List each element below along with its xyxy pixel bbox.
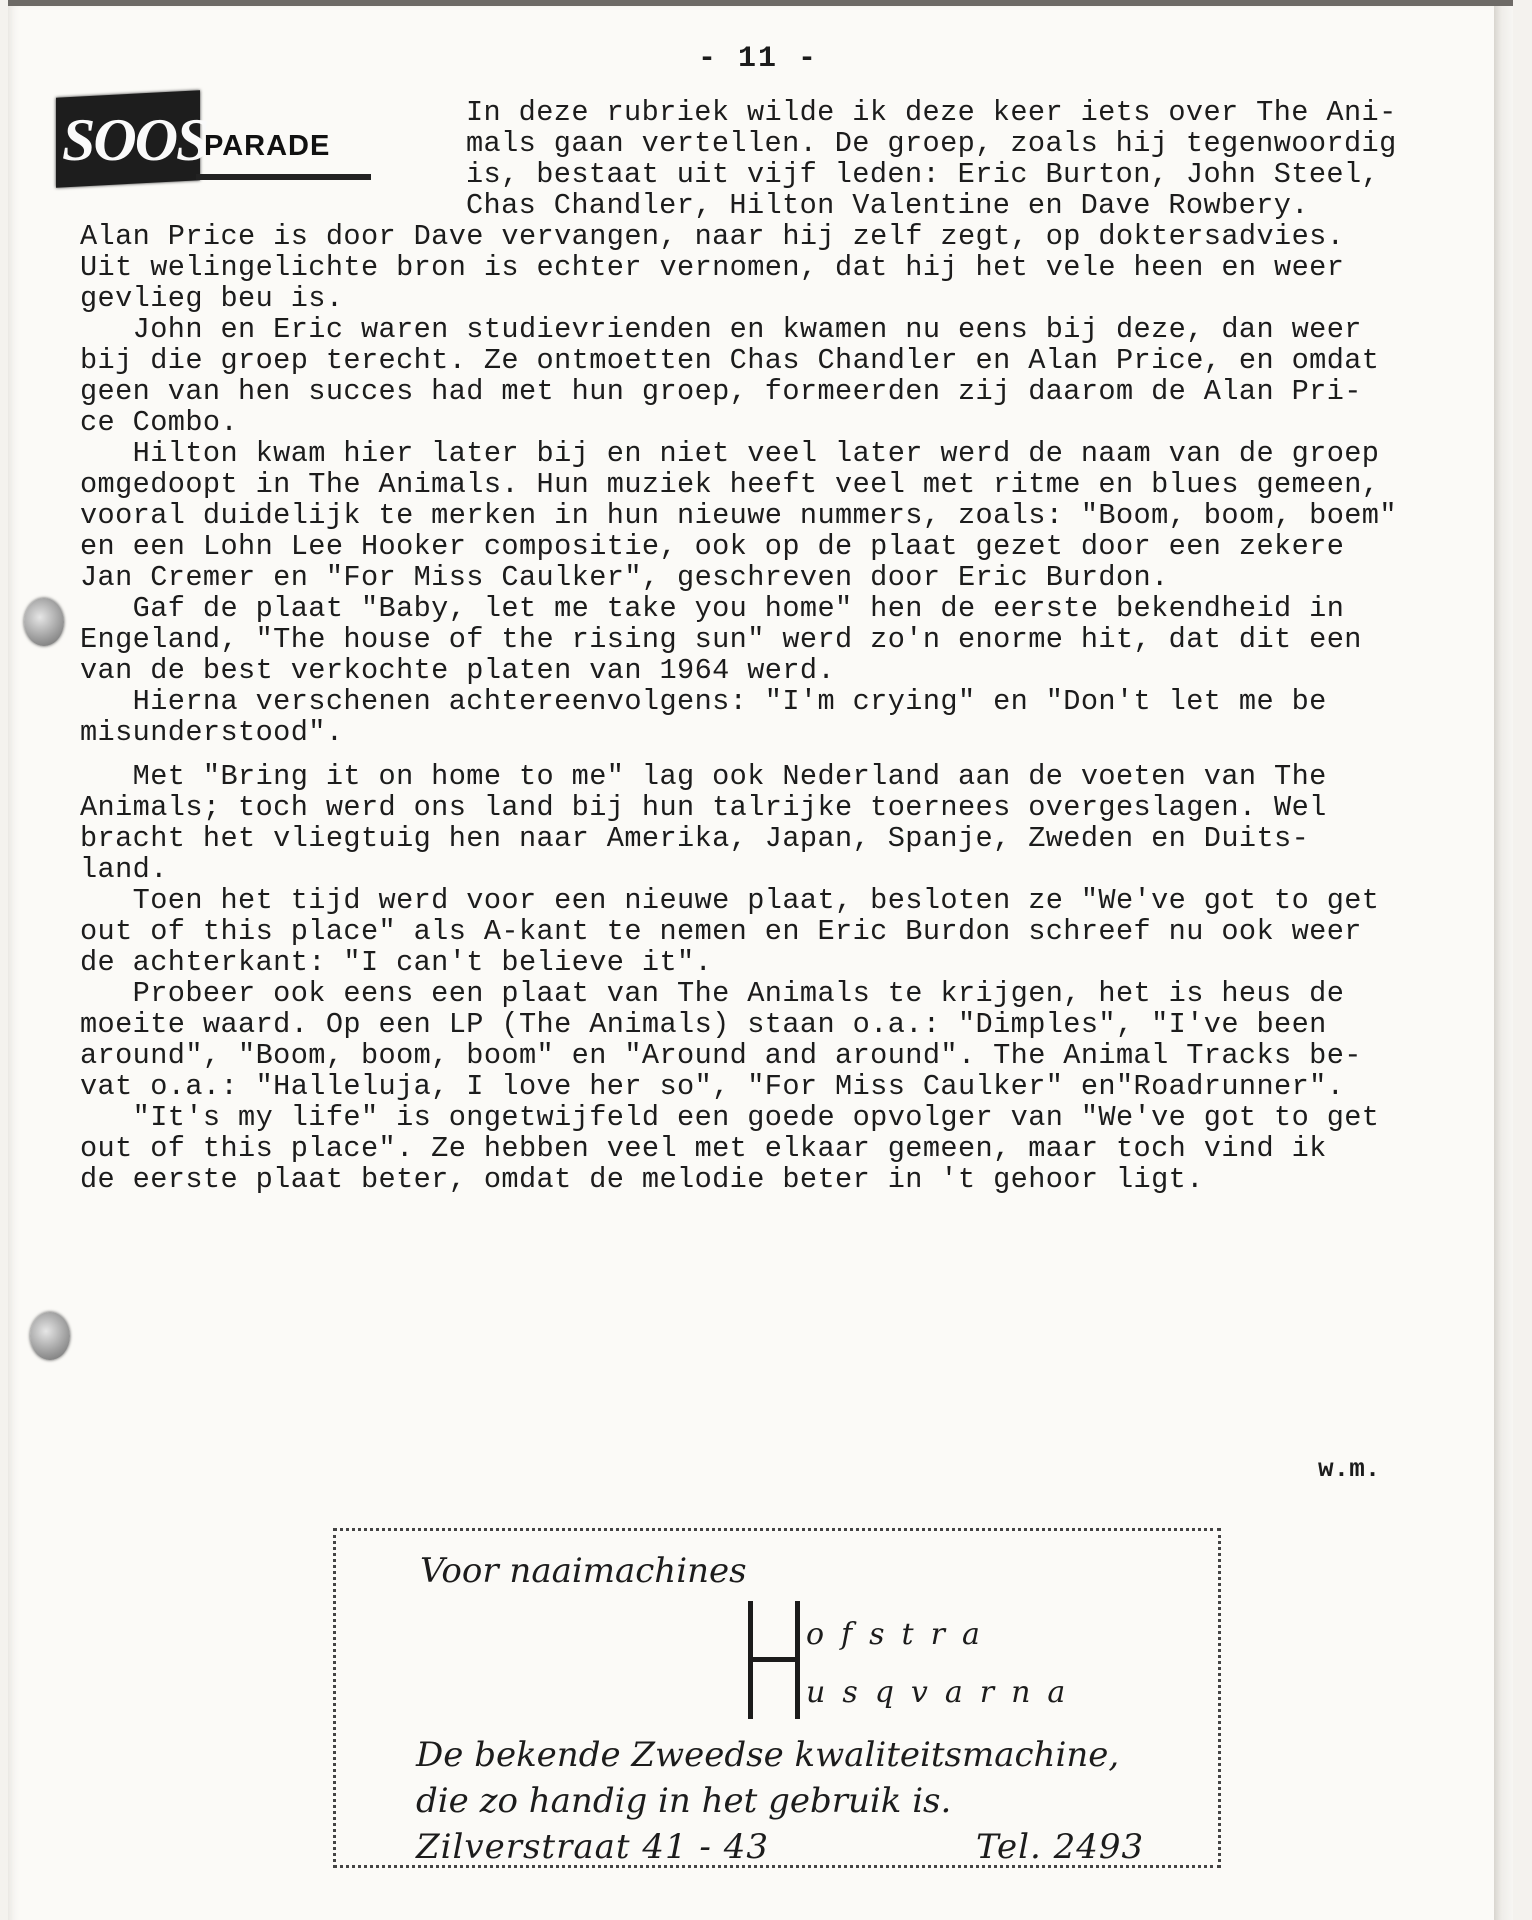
article-line: out of this place" als A-kant te nemen e…: [80, 915, 1362, 949]
ad-address: Zilverstraat 41 - 43: [416, 1827, 769, 1867]
page-edge-shadow: [1494, 6, 1513, 1920]
article-line: ce Combo.: [80, 406, 238, 440]
ad-brand-hofstra: ofstra: [806, 1617, 997, 1652]
punch-hole-icon: [24, 598, 64, 646]
article-line: Jan Cremer en "For Miss Caulker", geschr…: [80, 561, 1169, 595]
article-line: gevlieg beu is.: [80, 282, 343, 316]
article-line: en een Lohn Lee Hooker compositie, ook o…: [80, 530, 1344, 564]
article-line: geen van hen succes had met hun groep, f…: [80, 375, 1362, 409]
article-line: Met "Bring it on home to me" lag ook Ned…: [80, 760, 1327, 794]
page-number: - 11 -: [698, 42, 818, 76]
article-line: Engeland, "The house of the rising sun" …: [80, 623, 1362, 657]
author-signature: w.m.: [1318, 1454, 1380, 1484]
article-line: bij die groep terecht. Ze ontmoetten Cha…: [80, 344, 1379, 378]
article-line: van de best verkochte platen van 1964 we…: [80, 654, 835, 688]
sewing-machine-advertisement: Voor naaimachines ofstra usqvarna De bek…: [333, 1528, 1221, 1868]
logo-underline: [196, 174, 371, 180]
article-line: Hilton kwam hier later bij en niet veel …: [80, 437, 1379, 471]
article-line: Uit welingelichte bron is echter vernome…: [80, 251, 1344, 285]
ad-tagline: De bekende Zweedse kwaliteitsmachine,: [416, 1735, 1119, 1775]
article-line: de achterkant: "I can't believe it".: [80, 946, 712, 980]
ad-brand-initial-H: [748, 1601, 800, 1719]
ad-intro: Voor naaimachines: [420, 1551, 747, 1591]
logo-soos-text: SOOS: [62, 106, 207, 175]
article-line: Gaf de plaat "Baby, let me take you home…: [80, 592, 1344, 626]
article-line: land.: [80, 853, 168, 887]
soos-parade-logo: SOOS PARADE: [56, 94, 376, 189]
article-line: Hierna verschenen achtereenvolgens: "I'm…: [80, 685, 1327, 719]
article-line: bracht het vliegtuig hen naar Amerika, J…: [80, 822, 1309, 856]
article-line: "It's my life" is ongetwijfeld een goede…: [80, 1101, 1379, 1135]
article-line: Toen het tijd werd voor een nieuwe plaat…: [80, 884, 1379, 918]
ad-brand-husqvarna: usqvarna: [806, 1675, 1082, 1710]
article-line: moeite waard. Op een LP (The Animals) st…: [80, 1008, 1327, 1042]
article-line: around", "Boom, boom, boom" en "Around a…: [80, 1039, 1362, 1073]
article-line: Alan Price is door Dave vervangen, naar …: [80, 220, 1344, 254]
article-line: Chas Chandler, Hilton Valentine en Dave …: [466, 189, 1309, 223]
logo-parade-text: PARADE: [204, 130, 330, 163]
document-page: - 11 - SOOS PARADE In deze rubriek wilde…: [8, 0, 1513, 1920]
ad-phone: Tel. 2493: [976, 1827, 1144, 1867]
punch-hole-icon: [30, 1312, 70, 1360]
article-line: out of this place". Ze hebben veel met e…: [80, 1132, 1327, 1166]
article-line: omgedoopt in The Animals. Hun muziek hee…: [80, 468, 1379, 502]
article-line: misunderstood".: [80, 716, 343, 750]
article-line: is, bestaat uit vijf leden: Eric Burton,…: [466, 158, 1379, 192]
article-line: Probeer ook eens een plaat van The Anima…: [80, 977, 1344, 1011]
article-line: de eerste plaat beter, omdat de melodie …: [80, 1163, 1204, 1197]
article-line: vooral duidelijk te merken in hun nieuwe…: [80, 499, 1397, 533]
article-line: mals gaan vertellen. De groep, zoals hij…: [466, 127, 1397, 161]
article-line: John en Eric waren studievrienden en kwa…: [80, 313, 1362, 347]
article-line: Animals; toch werd ons land bij hun talr…: [80, 791, 1327, 825]
ad-tagline: die zo handig in het gebruik is.: [416, 1781, 951, 1821]
article-line: vat o.a.: "Halleluja, I love her so", "F…: [80, 1070, 1344, 1104]
article-line: In deze rubriek wilde ik deze keer iets …: [466, 96, 1397, 130]
